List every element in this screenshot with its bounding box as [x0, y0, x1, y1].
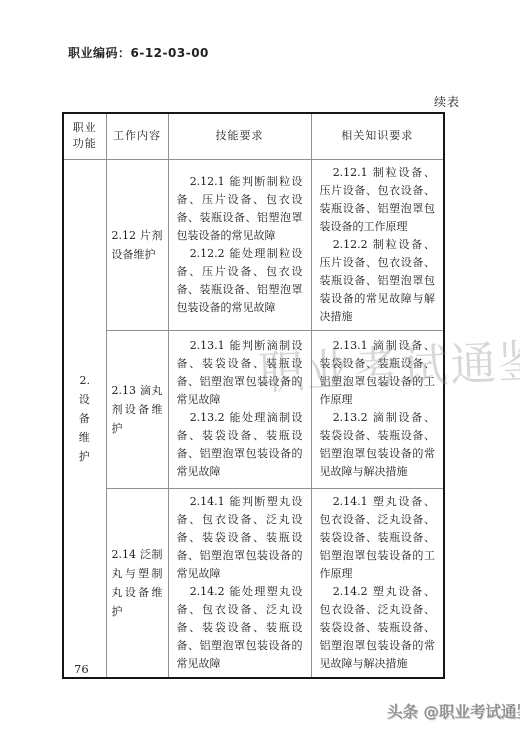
table-row: 2.14 泛制丸与塑制丸设备维护 2.14.1 能判断塑丸设备、包衣设备、泛丸设…	[63, 488, 444, 678]
knowledge-item: 2.13.2 滴制设备、装袋设备、装瓶设备、铝塑泡罩包装设备的常见故障与解决措施	[320, 409, 436, 481]
work-content-cell: 2.12 片剂设备维护	[106, 159, 168, 330]
page-number: 76	[74, 662, 89, 676]
skill-item: 2.13.1 能判断滴制设备、装袋设备、装瓶设备、铝塑泡罩包装设备的常见故障	[177, 337, 303, 409]
table-header-row: 职业功能 工作内容 技能要求 相关知识要求	[63, 113, 444, 159]
skills-cell: 2.13.1 能判断滴制设备、装袋设备、装瓶设备、铝塑泡罩包装设备的常见故障 2…	[168, 330, 311, 488]
document-page: 职业编码：6-12-03-00 续表 职业功能 工作内容 技能要求 相关知识要求…	[0, 0, 520, 729]
function-cell-stack: 2. 设备维护	[64, 371, 106, 466]
table-row: 2.13 滴丸剂设备维护 2.13.1 能判断滴制设备、装袋设备、装瓶设备、铝塑…	[63, 330, 444, 488]
knowledge-cell: 2.12.1 制粒设备、压片设备、包衣设备、装瓶设备、铝塑泡罩包装设备的工作原理…	[311, 159, 444, 330]
col-header-knowledge: 相关知识要求	[311, 113, 444, 159]
knowledge-item: 2.14.2 塑丸设备、包衣设备、泛丸设备、装袋设备、装瓶设备、铝塑泡罩包装设备…	[320, 583, 436, 673]
toutiao-watermark: 头条 @职业考试通鉴	[387, 700, 520, 722]
knowledge-item: 2.12.2 制粒设备、压片设备、包衣设备、装瓶设备、铝塑泡罩包装设备的常见故障…	[320, 236, 436, 326]
knowledge-item: 2.13.1 滴制设备、装袋设备、装瓶设备、铝塑泡罩包装设备的工作原理	[320, 337, 436, 409]
col-header-work-content: 工作内容	[106, 113, 168, 159]
work-content-cell: 2.14 泛制丸与塑制丸设备维护	[106, 488, 168, 678]
skill-item: 2.14.1 能判断塑丸设备、包衣设备、泛丸设备、装袋设备、装瓶设备、铝塑泡罩包…	[177, 493, 303, 583]
skill-item: 2.13.2 能处理滴制设备、装袋设备、装瓶设备、铝塑泡罩包装设备的常见故障	[177, 409, 303, 481]
knowledge-item: 2.14.1 塑丸设备、包衣设备、泛丸设备、装袋设备、装瓶设备、铝塑泡罩包装设备…	[320, 493, 436, 583]
work-content-cell: 2.13 滴丸剂设备维护	[106, 330, 168, 488]
continued-table-label: 续表	[434, 93, 460, 110]
skills-cell: 2.12.1 能判断制粒设备、压片设备、包衣设备、装瓶设备、铝塑泡罩包装设备的常…	[168, 159, 311, 330]
function-cell: 2. 设备维护	[63, 159, 106, 678]
skill-item: 2.12.2 能处理制粒设备、压片设备、包衣设备、装瓶设备、铝塑泡罩包装设备的常…	[177, 245, 303, 317]
skills-cell: 2.14.1 能判断塑丸设备、包衣设备、泛丸设备、装袋设备、装瓶设备、铝塑泡罩包…	[168, 488, 311, 678]
standard-table: 职业功能 工作内容 技能要求 相关知识要求 2. 设备维护 2.12 片剂设备维…	[62, 112, 445, 679]
skill-item: 2.14.2 能处理塑丸设备、包衣设备、泛丸设备、装袋设备、装瓶设备、铝塑泡罩包…	[177, 583, 303, 673]
col-header-function: 职业功能	[63, 113, 106, 159]
knowledge-cell: 2.13.1 滴制设备、装袋设备、装瓶设备、铝塑泡罩包装设备的工作原理 2.13…	[311, 330, 444, 488]
occupation-code: 职业编码：6-12-03-00	[68, 44, 209, 61]
function-number: 2.	[80, 371, 91, 390]
knowledge-cell: 2.14.1 塑丸设备、包衣设备、泛丸设备、装袋设备、装瓶设备、铝塑泡罩包装设备…	[311, 488, 444, 678]
table-row: 2. 设备维护 2.12 片剂设备维护 2.12.1 能判断制粒设备、压片设备、…	[63, 159, 444, 330]
function-label: 设备维护	[78, 390, 91, 466]
knowledge-item: 2.12.1 制粒设备、压片设备、包衣设备、装瓶设备、铝塑泡罩包装设备的工作原理	[320, 164, 436, 236]
skill-item: 2.12.1 能判断制粒设备、压片设备、包衣设备、装瓶设备、铝塑泡罩包装设备的常…	[177, 173, 303, 245]
col-header-skills: 技能要求	[168, 113, 311, 159]
